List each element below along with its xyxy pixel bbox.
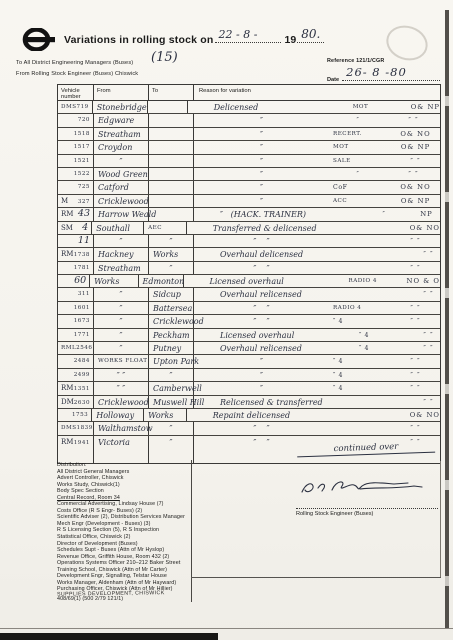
- vehicle-cell: 725: [58, 181, 94, 193]
- status-note: ″ ″: [391, 235, 440, 247]
- status-note: O& NP: [411, 101, 440, 113]
- vehicle-cell: 60: [58, 275, 90, 287]
- from-cell: ″: [94, 288, 149, 300]
- annotation-tag: [348, 409, 410, 421]
- handwritten-issue-date: 26- 8 -80: [346, 65, 407, 79]
- table-row: DM 2630 Cricklewood Muswell Hill Relicen…: [58, 396, 440, 409]
- status-note: ″ ″: [391, 355, 440, 367]
- table-row: RM 43 Harrow Weald ″ (HACK. TRAINER) ″ N…: [58, 208, 440, 221]
- annotation-tag: RADIO 4: [329, 302, 391, 314]
- to-cell: Upton Park: [149, 355, 194, 367]
- status-note: NP: [413, 208, 440, 220]
- vehicle-number: 1753: [72, 409, 88, 422]
- reason-text: Overhaul relicensed: [194, 342, 355, 354]
- to-cell: ″: [149, 369, 194, 381]
- annotation-tag: [348, 222, 410, 234]
- status-note: ″ ″: [417, 288, 440, 300]
- signatory-title: Rolling Stock Engineer (Buses): [296, 511, 438, 517]
- vehicle-cell: RM 1351: [58, 382, 94, 394]
- vehicle-number: 60: [74, 275, 86, 288]
- status-note: ″ ″: [391, 155, 440, 167]
- from-cell: Harrow Weald: [94, 208, 149, 220]
- from-cell: Streatham: [94, 128, 149, 140]
- from-cell: Hackney: [94, 248, 149, 260]
- annotation-tag: [329, 422, 391, 434]
- vehicle-cell: 1601: [58, 302, 94, 314]
- reason-text: ″: [194, 141, 329, 153]
- from-cell: Croydon: [94, 141, 149, 153]
- annotation-tag: ″ 4: [329, 369, 391, 381]
- status-note: O& NO: [391, 181, 440, 193]
- reason-text: ″ ″: [194, 302, 329, 314]
- status-note: ″ ″: [391, 382, 440, 394]
- annotation-tag: ″ 4: [329, 315, 391, 327]
- status-note: ″ ″: [417, 396, 440, 408]
- vehicle-number: 2499: [74, 369, 90, 382]
- vehicle-number: 4: [82, 222, 88, 235]
- reason-text: ″: [194, 128, 329, 140]
- annotation-tag: ″: [329, 114, 387, 126]
- scan-bottom-band: [0, 633, 218, 640]
- vehicle-class-prefix: RM: [61, 208, 73, 221]
- reason-text: Overhaul delicensed: [194, 248, 355, 260]
- to-cell: ″: [149, 235, 194, 247]
- reason-cell: Repaint delicensed O& NO: [187, 409, 440, 421]
- vehicle-cell: 1521: [58, 155, 94, 167]
- to-cell: Edmonton: [139, 275, 184, 287]
- vehicle-cell: DMS 1839: [58, 422, 94, 434]
- col-header-from: From: [94, 85, 149, 100]
- date-row: Date 26- 8 -80: [327, 66, 441, 83]
- to-cell: [149, 208, 194, 220]
- annotation-tag: ″ 4: [355, 329, 417, 341]
- from-cell: Cricklewood: [94, 195, 149, 207]
- reason-text: ″: [194, 155, 329, 167]
- table-row: DMS 719 Stonebridge Delicensed MOT O& NP: [58, 101, 440, 114]
- table-row: RM 1351 ″ ″ Camberwell ″ ″ 4 ″ ″: [58, 382, 440, 395]
- vehicle-number: 2484: [74, 355, 90, 368]
- status-note: O& NO: [410, 222, 440, 234]
- vehicle-cell: DM 2630: [58, 396, 94, 408]
- faint-circular-stamp: [382, 20, 432, 65]
- reason-cell: ″ ″ RADIO 4 ″ ″: [194, 302, 440, 314]
- annotation-tag: [355, 396, 417, 408]
- london-transport-roundel-icon: [22, 28, 56, 51]
- vehicle-number: 1351: [74, 383, 90, 396]
- from-cell: [94, 449, 149, 462]
- vehicle-number: 719: [77, 101, 89, 114]
- to-cell: Camberwell: [149, 382, 194, 394]
- reason-cell: Transferred & delicensed O& NO: [187, 222, 440, 234]
- to-cell: Muswell Hill: [149, 396, 194, 408]
- reason-cell: ″ ″ ″ ″: [194, 114, 440, 126]
- annotation-tag: SALE: [329, 155, 391, 167]
- form-title-row: Variations in rolling stock on 22 - 8 - …: [64, 30, 325, 48]
- annotation-tag: ″ 4: [355, 342, 417, 354]
- date-dotted-line: 26- 8 -80: [342, 66, 440, 81]
- from-cell: Streatham: [94, 262, 149, 274]
- table-row: 311 ″ Sidcup Overhaul relicensed ″ ″: [58, 288, 440, 301]
- to-cell: [149, 128, 194, 140]
- handwritten-date: 22 - 8 -: [219, 28, 258, 41]
- annotation-tag: [329, 262, 391, 274]
- to-cell: Battersea: [149, 302, 194, 314]
- vehicle-number: 1738: [74, 249, 90, 262]
- annotation-tag: MOT: [329, 141, 391, 153]
- vehicle-cell: 1753: [58, 409, 92, 421]
- annotation-tag: ″: [355, 208, 413, 220]
- vehicle-cell: [58, 449, 94, 462]
- vehicle-number: 11: [78, 235, 90, 248]
- vehicle-number: 43: [78, 208, 90, 221]
- table-row: 1771 ″ Peckham Licensed overhaul ″ 4 ″ ″: [58, 329, 440, 342]
- reason-text: ″: [194, 382, 329, 394]
- vehicle-class-prefix: SM: [61, 222, 73, 235]
- to-cell: [148, 101, 188, 113]
- vehicle-cell: 2499: [58, 369, 94, 381]
- reason-cell: ″ ″ ″ ″: [194, 235, 440, 247]
- vehicle-cell: 720: [58, 114, 94, 126]
- annotation-tag: CoF: [329, 181, 391, 193]
- reason-cell: ″ RECERT. O& NO: [194, 128, 440, 140]
- vehicle-number: 725: [78, 181, 90, 194]
- status-note: ″ ″: [417, 342, 440, 354]
- status-note: ″ ″: [387, 168, 440, 180]
- reason-cell: Overhaul delicensed ″ ″: [194, 248, 440, 260]
- printed-year-prefix: 19: [285, 34, 297, 46]
- table-row: 60 Works Edmonton Licensed overhaul RADI…: [58, 275, 440, 288]
- col-header-vehicle-number: Vehicle number: [58, 85, 94, 100]
- vehicle-cell: 1522: [58, 168, 94, 180]
- reason-cell: ″ SALE ″ ″: [194, 155, 440, 167]
- reason-cell: Licensed overhaul ″ 4 ″ ″: [194, 329, 440, 341]
- to-cell: [149, 114, 194, 126]
- from-cell: ″: [94, 155, 149, 167]
- table-header-row: Vehicle number From To Reason for variat…: [58, 85, 440, 101]
- reason-text: ″ ″: [194, 262, 329, 274]
- table-row: 1521 ″ ″ SALE ″ ″: [58, 155, 440, 168]
- title-date-dotted-line: 22 - 8 -: [215, 30, 281, 43]
- table-body: DMS 719 Stonebridge Delicensed MOT O& NP…: [58, 101, 440, 449]
- signature-block: Rolling Stock Engineer (Buses): [296, 477, 438, 517]
- reason-text: Delicensed: [188, 101, 349, 113]
- reason-text: Repaint delicensed: [187, 409, 348, 421]
- from-cell: WORKS FLOAT: [94, 355, 149, 367]
- status-note: O& NP: [391, 195, 440, 207]
- from-cell: Holloway: [92, 409, 144, 421]
- vehicle-class-prefix: DMS: [61, 101, 77, 114]
- from-cell: Southall: [92, 222, 144, 234]
- to-cell: [149, 195, 194, 207]
- reason-text: Overhaul relicensed: [194, 288, 355, 300]
- to-cell: AEC: [144, 222, 187, 234]
- vehicle-number: 1601: [74, 302, 90, 315]
- status-note: ″ ″: [391, 302, 440, 314]
- vehicle-number: 1941: [74, 437, 90, 450]
- reason-text: Licensed overhaul: [194, 329, 355, 341]
- addressee-line: To All District Engineering Managers (Bu…: [16, 60, 133, 66]
- vehicle-number: 327: [78, 196, 90, 209]
- vehicle-number: 2630: [74, 397, 90, 410]
- scan-bottom-line: [0, 628, 453, 629]
- reason-text: Relicensed & transferred: [194, 396, 355, 408]
- to-cell: [149, 449, 194, 462]
- vehicle-class-prefix: RM: [61, 248, 73, 261]
- vehicle-cell: M 327: [58, 195, 94, 207]
- reason-text: ″ ″: [194, 315, 329, 327]
- to-cell: Cricklewood: [149, 315, 194, 327]
- to-cell: ″: [149, 436, 194, 449]
- annotation-tag: ACC: [329, 195, 391, 207]
- sender-line: From Rolling Stock Engineer (Buses) Chis…: [16, 71, 138, 77]
- reason-text: ″ ″: [194, 422, 329, 434]
- table-row: 1753 Holloway Works Repaint delicensed O…: [58, 409, 440, 422]
- table-row: 1518 Streatham ″ RECERT. O& NO: [58, 128, 440, 141]
- handwritten-year: 80.: [301, 27, 320, 41]
- status-note: O& NO: [410, 409, 440, 421]
- footer-divider-vertical: [191, 460, 192, 602]
- reason-cell: Overhaul relicensed ″ ″: [194, 288, 440, 300]
- scan-edge-stripe: [445, 10, 449, 628]
- status-note: ″ ″: [391, 422, 440, 434]
- to-cell: Sidcup: [149, 288, 194, 300]
- from-cell: Works: [90, 275, 138, 287]
- table-row: RM 1738 Hackney Works Overhaul delicense…: [58, 248, 440, 261]
- reason-text: Transferred & delicensed: [187, 222, 348, 234]
- vehicle-cell: 1781: [58, 262, 94, 274]
- table-row: 2484 WORKS FLOAT Upton Park ″ ″ 4 ″ ″: [58, 355, 440, 368]
- vehicle-number: 2546: [76, 342, 92, 355]
- from-cell: ″: [94, 235, 149, 247]
- vehicle-cell: SM 4: [58, 222, 92, 234]
- reason-cell: ″ CoF O& NO: [194, 181, 440, 193]
- status-note: O& NO: [391, 128, 440, 140]
- scanned-document: Variations in rolling stock on 22 - 8 - …: [0, 0, 453, 640]
- col-header-to: To: [149, 85, 194, 100]
- vehicle-number: 1521: [74, 155, 90, 168]
- reason-text: Licensed overhaul: [184, 275, 345, 287]
- to-cell: [149, 141, 194, 153]
- vehicle-cell: 1518: [58, 128, 94, 140]
- vehicle-cell: 1517: [58, 141, 94, 153]
- vehicle-class-prefix: RM: [61, 382, 73, 395]
- annotation-tag: RECERT.: [329, 128, 391, 140]
- annotation-tag: [355, 248, 417, 260]
- reason-cell: Relicensed & transferred ″ ″: [194, 396, 440, 408]
- reason-text: ″ (HACK. TRAINER): [194, 208, 355, 220]
- from-cell: Catford: [94, 181, 149, 193]
- vehicle-number: 1673: [74, 315, 90, 328]
- reason-cell: ″ ″ ″ ″: [194, 422, 440, 434]
- vehicle-cell: DMS 719: [58, 101, 93, 113]
- status-note: ″ ″: [391, 315, 440, 327]
- from-cell: Wood Green: [94, 168, 149, 180]
- table-row: 725 Catford ″ CoF O& NO: [58, 181, 440, 194]
- reason-cell: ″ ″ ″ ″: [194, 262, 440, 274]
- vehicle-number: 1839: [77, 422, 93, 435]
- vehicle-cell: RM 1738: [58, 248, 94, 260]
- vehicle-cell: 2484: [58, 355, 94, 367]
- vehicle-cell: 11: [58, 235, 94, 247]
- reason-cell: ″ ACC O& NP: [194, 195, 440, 207]
- to-cell: [149, 181, 194, 193]
- status-note: ″ ″: [387, 114, 440, 126]
- rolling-stock-table: Vehicle number From To Reason for variat…: [57, 84, 441, 464]
- reason-text: ″: [194, 181, 329, 193]
- reason-text: ″: [194, 168, 329, 180]
- reason-cell: ″ ″ ″ 4 ″ ″: [194, 315, 440, 327]
- vehicle-cell: 311: [58, 288, 94, 300]
- from-cell: ″: [94, 302, 149, 314]
- vehicle-number: 720: [78, 114, 90, 127]
- vehicle-cell: RM 43: [58, 208, 94, 220]
- reason-cell: ″ (HACK. TRAINER) ″ NP: [194, 208, 440, 220]
- reference-number: Reference 121/1/CGR: [327, 58, 384, 64]
- status-note: ″ ″: [391, 369, 440, 381]
- from-cell: Stonebridge: [93, 101, 148, 113]
- col-header-reason: Reason for variation: [194, 85, 440, 100]
- from-cell: ″: [94, 342, 149, 354]
- vehicle-class-prefix: DM: [61, 396, 74, 409]
- reason-cell: Overhaul relicensed ″ 4 ″ ″: [194, 342, 440, 354]
- reason-text: ″: [194, 114, 329, 126]
- vehicle-cell: 1771: [58, 329, 94, 341]
- annotation-tag: ″ 4: [329, 355, 391, 367]
- signature-box-bottom-line: [191, 577, 441, 578]
- table-row: M 327 Cricklewood ″ ACC O& NP: [58, 195, 440, 208]
- vehicle-number: 1781: [74, 262, 90, 275]
- vehicle-cell: RM 1941: [58, 436, 94, 449]
- to-cell: Putney: [149, 342, 194, 354]
- to-cell: ″: [149, 262, 194, 274]
- reason-text: ″ ″: [194, 235, 329, 247]
- vehicle-number: 1518: [74, 128, 90, 141]
- table-row: 1673 ″ Cricklewood ″ ″ ″ 4 ″ ″: [58, 315, 440, 328]
- to-cell: [149, 168, 194, 180]
- table-row: 720 Edgware ″ ″ ″ ″: [58, 114, 440, 127]
- to-cell: Works: [149, 248, 194, 260]
- reason-text: ″: [194, 369, 329, 381]
- from-cell: ″ ″: [94, 382, 149, 394]
- reason-cell: ″ MOT O& NP: [194, 141, 440, 153]
- table-row: SM 4 Southall AEC Transferred & delicens…: [58, 222, 440, 235]
- reason-cell: ″ ″ 4 ″ ″: [194, 369, 440, 381]
- table-row: DMS 1839 Walthamstow ″ ″ ″ ″ ″: [58, 422, 440, 435]
- status-note: NO & O: [407, 275, 440, 287]
- title-year-dotted-line: 80.: [297, 30, 324, 43]
- to-cell: Works: [144, 409, 187, 421]
- page-title: Variations in rolling stock on: [64, 34, 214, 46]
- table-row: 2499 ″ ″ ″ ″ ″ 4 ″ ″: [58, 369, 440, 382]
- vehicle-number: 311: [78, 288, 90, 301]
- to-cell: ″: [149, 422, 194, 434]
- table-row: 1781 Streatham ″ ″ ″ ″ ″: [58, 262, 440, 275]
- table-row: 1517 Croydon ″ MOT O& NP: [58, 141, 440, 154]
- reason-cell: Delicensed MOT O& NP: [188, 101, 440, 113]
- vehicle-cell: 1673: [58, 315, 94, 327]
- vehicle-cell: RML 2546: [58, 342, 94, 354]
- from-cell: Edgware: [94, 114, 149, 126]
- annotation-tag: MOT: [349, 101, 411, 113]
- reason-text: ″: [194, 355, 329, 367]
- from-cell: Cricklewood: [94, 396, 149, 408]
- vehicle-class-prefix: DMS: [61, 422, 77, 435]
- reason-cell: ″ ″ 4 ″ ″: [194, 355, 440, 367]
- from-cell: Walthamstow: [94, 422, 149, 434]
- status-note: ″ ″: [417, 329, 440, 341]
- vehicle-class-prefix: M: [61, 195, 68, 208]
- vehicle-number: 1522: [74, 168, 90, 181]
- table-row: 1522 Wood Green ″ ″ ″ ″: [58, 168, 440, 181]
- from-cell: ″: [94, 329, 149, 341]
- table-row: 1601 ″ Battersea ″ ″ RADIO 4 ″ ″: [58, 302, 440, 315]
- reason-cell: Licensed overhaul RADIO 4 NO & O: [184, 275, 440, 287]
- table-row: RML 2546 ″ Putney Overhaul relicensed ″ …: [58, 342, 440, 355]
- status-note: ″ ″: [417, 248, 440, 260]
- to-cell: [149, 155, 194, 167]
- annotation-tag: RADIO 4: [345, 275, 407, 287]
- annotation-tag: [355, 288, 417, 300]
- reason-cell: ″ ″ ″ ″: [194, 168, 440, 180]
- from-cell: ″: [94, 315, 149, 327]
- vehicle-number: 1517: [74, 141, 90, 154]
- handwritten-copy-count: (15): [151, 50, 178, 65]
- from-cell: Victoria: [94, 436, 149, 449]
- reason-cell: ″ ″ 4 ″ ″: [194, 382, 440, 394]
- form-right-border: [440, 461, 441, 577]
- from-cell: ″ ″: [94, 369, 149, 381]
- to-cell: Peckham: [149, 329, 194, 341]
- annotation-tag: [329, 235, 391, 247]
- annotation-tag: ″: [329, 168, 387, 180]
- reason-text: ″: [194, 195, 329, 207]
- vehicle-class-prefix: RM: [61, 436, 73, 449]
- status-note: O& NP: [391, 141, 440, 153]
- table-row: 11 ″ ″ ″ ″ ″ ″: [58, 235, 440, 248]
- status-note: ″ ″: [391, 262, 440, 274]
- vehicle-number: 1771: [74, 329, 90, 342]
- vehicle-class-prefix: RML: [61, 342, 76, 355]
- signature-icon: [296, 477, 428, 497]
- distribution-list: Distribution: All District General Manag…: [57, 462, 292, 603]
- annotation-tag: ″ 4: [329, 382, 391, 394]
- date-label: Date: [327, 77, 339, 83]
